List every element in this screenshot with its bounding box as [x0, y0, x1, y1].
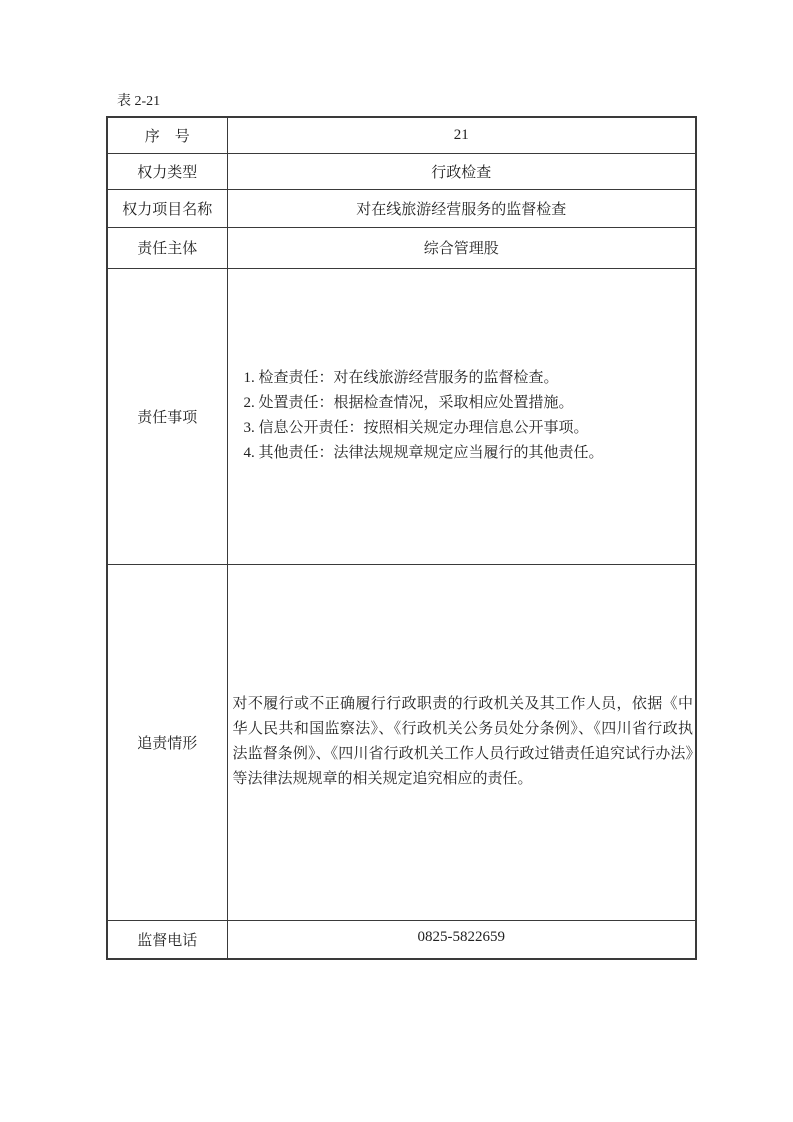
table-row-accountability-circumstances: 追责情形 对不履行或不正确履行行政职责的行政机关及其工作人员，依据《中华人民共和… — [107, 564, 696, 920]
table-row-serial-number: 序 号 21 — [107, 117, 696, 153]
row-value-accountability-circumstances: 对不履行或不正确履行行政职责的行政机关及其工作人员，依据《中华人民共和国监察法》… — [227, 564, 696, 920]
row-value-power-item-name: 对在线旅游经营服务的监督检查 — [227, 189, 696, 227]
responsibility-item-list: 1. 检查责任：对在线旅游经营服务的监督检查。 2. 处置责任：根据检查情况，采… — [228, 366, 696, 466]
table-row-power-type: 权力类型 行政检查 — [107, 153, 696, 189]
table-caption: 表 2-21 — [117, 93, 160, 111]
row-value-power-type: 行政检查 — [227, 153, 696, 189]
responsibility-item: 1. 检查责任：对在线旅游经营服务的监督检查。 — [244, 366, 688, 391]
row-label-power-item-name: 权力项目名称 — [107, 189, 227, 227]
table-row-supervision-phone: 监督电话 0825-5822659 — [107, 920, 696, 959]
row-label-supervision-phone: 监督电话 — [107, 920, 227, 959]
row-value-responsibility-items: 1. 检查责任：对在线旅游经营服务的监督检查。 2. 处置责任：根据检查情况，采… — [227, 268, 696, 564]
responsibility-item: 4. 其他责任：法律法规规章规定应当履行的其他责任。 — [244, 441, 688, 466]
row-label-serial-number: 序 号 — [107, 117, 227, 153]
table-row-responsibility-items: 责任事项 1. 检查责任：对在线旅游经营服务的监督检查。 2. 处置责任：根据检… — [107, 268, 696, 564]
responsibility-item: 3. 信息公开责任：按照相关规定办理信息公开事项。 — [244, 416, 688, 441]
table-row-responsible-entity: 责任主体 综合管理股 — [107, 227, 696, 268]
document-page: 表 2-21 序 号 21 权力类型 行政检查 权力项目名称 对在线旅游经营服务… — [0, 0, 793, 1122]
row-value-responsible-entity: 综合管理股 — [227, 227, 696, 268]
row-value-supervision-phone: 0825-5822659 — [227, 920, 696, 959]
responsibility-item: 2. 处置责任：根据检查情况，采取相应处置措施。 — [244, 391, 688, 416]
row-value-serial-number: 21 — [227, 117, 696, 153]
power-list-table: 序 号 21 权力类型 行政检查 权力项目名称 对在线旅游经营服务的监督检查 责… — [106, 116, 697, 960]
table-row-power-item-name: 权力项目名称 对在线旅游经营服务的监督检查 — [107, 189, 696, 227]
row-label-accountability-circumstances: 追责情形 — [107, 564, 227, 920]
row-label-responsibility-items: 责任事项 — [107, 268, 227, 564]
accountability-paragraph: 对不履行或不正确履行行政职责的行政机关及其工作人员，依据《中华人民共和国监察法》… — [228, 692, 696, 792]
row-label-responsible-entity: 责任主体 — [107, 227, 227, 268]
row-label-power-type: 权力类型 — [107, 153, 227, 189]
